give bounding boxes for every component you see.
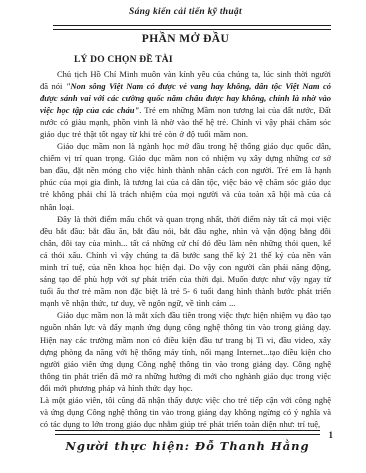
- paragraph-1: Chủ tịch Hồ Chí Minh muôn vàn kính yêu c…: [40, 68, 331, 141]
- page-footer: Người thực hiện: Đỗ Thanh Hằng: [55, 430, 320, 454]
- header-divider: [53, 25, 331, 30]
- paragraph-3: Đây là thời điểm mấu chốt và quan trọng …: [40, 213, 331, 310]
- author-credit: Người thực hiện: Đỗ Thanh Hằng: [55, 438, 320, 454]
- running-title: Sáng kiến cải tiến kỹ thuật: [40, 6, 331, 19]
- document-page: Sáng kiến cải tiến kỹ thuật PHẦN MỞ ĐẦU …: [0, 0, 366, 473]
- paragraph-5: Là một giáo viên, tôi cũng đã nhận thấy …: [40, 394, 331, 430]
- paragraph-4: Giáo dục mầm non là mắt xích đầu tiên tr…: [40, 309, 331, 394]
- footer-divider: [55, 430, 320, 435]
- paragraph-2: Giáo dục mầm non là ngành học mở đầu tro…: [40, 140, 331, 213]
- page-title: PHẦN MỞ ĐẦU: [40, 32, 331, 47]
- page-content: Sáng kiến cải tiến kỹ thuật PHẦN MỞ ĐẦU …: [40, 6, 331, 430]
- page-number: 1: [329, 430, 334, 440]
- section-heading: LÝ DO CHỌN ĐỀ TÀI: [74, 54, 331, 66]
- body-text: Chủ tịch Hồ Chí Minh muôn vàn kính yêu c…: [40, 68, 331, 431]
